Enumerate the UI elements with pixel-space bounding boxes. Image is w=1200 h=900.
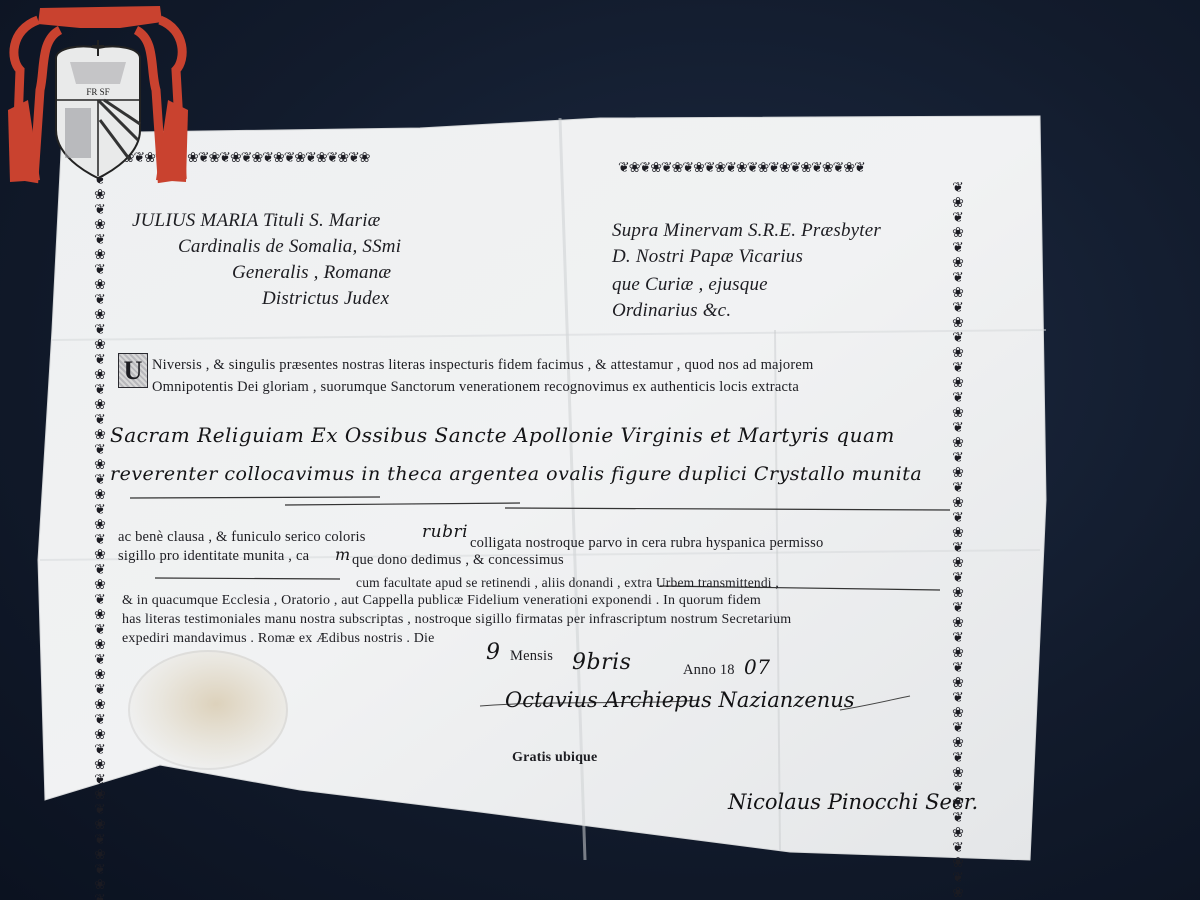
header-right-line-4: Ordinarius &c. xyxy=(612,300,731,322)
body-line-1: Niversis , & singulis præsentes nostras … xyxy=(152,357,814,374)
decorated-initial: U xyxy=(118,353,148,388)
body-line-8a: expediri mandavimus . Romæ ex Ædibus nos… xyxy=(122,631,435,647)
gratis-note: Gratis ubique xyxy=(512,750,597,766)
body-line-6: & in quacumque Ecclesia , Oratorio , aut… xyxy=(122,593,761,609)
header-left-line-4: Districtus Judex xyxy=(262,288,389,310)
body-line-7: has literas testimoniales manu nostra su… xyxy=(122,612,791,628)
body-line-4a: sigillo pro identitate munita , ca xyxy=(118,548,309,565)
header-left-line-2: Cardinalis de Somalia, SSmi xyxy=(178,236,401,258)
body-line-3a: ac benè clausa , & funiculo serico color… xyxy=(118,529,366,546)
header-right-line-3: que Curiæ , ejusque xyxy=(612,274,768,296)
body-line-8b: Mensis xyxy=(510,648,553,665)
body-line-8c: Anno 18 xyxy=(683,662,735,679)
embossed-seal-icon xyxy=(128,650,288,770)
ornamental-border-right: ❦❀❦❀❦❀❦❀❦❀❦❀❦❀❦❀❦❀❦❀❦❀❦❀❦❀❦❀❦❀❦❀❦❀❦❀❦❀❦❀… xyxy=(950,180,966,780)
handwritten-line-2: reverenter collocavimus in theca argente… xyxy=(110,463,922,485)
handwritten-line-1: Sacram Religuiam Ex Ossibus Sancte Apoll… xyxy=(110,423,895,447)
ornamental-border-top-right: ❦❀❦❀❦❀❦❀❦❀❦❀❦❀❦❀❦❀❦❀❦❀❦ xyxy=(618,160,865,176)
handwritten-year: 07 xyxy=(744,655,770,679)
archbishop-signature: Octavius Archiepus Nazianzenus xyxy=(505,688,855,712)
handwritten-cam-suffix: m xyxy=(335,545,351,564)
handwritten-month: 9bris xyxy=(572,650,631,675)
body-line-5: cum facultate apud se retinendi , aliis … xyxy=(356,575,779,591)
body-line-4b: que dono dedimus , & concessimus xyxy=(352,552,564,569)
handwritten-color: rubri xyxy=(422,522,468,542)
body-line-2: Omnipotentis Dei gloriam , suorumque San… xyxy=(152,379,799,396)
handwritten-day: 9 xyxy=(486,640,501,665)
header-left-line-1: JULIUS MARIA Tituli S. Mariæ xyxy=(132,210,381,232)
header-right-line-1: Supra Minervam S.R.E. Præsbyter xyxy=(612,220,881,242)
ornamental-border-left: ❦❀❦❀❦❀❦❀❦❀❦❀❦❀❦❀❦❀❦❀❦❀❦❀❦❀❦❀❦❀❦❀❦❀❦❀❦❀❦❀… xyxy=(92,172,108,732)
header-left-line-3: Generalis , Romanæ xyxy=(232,262,391,284)
header-right-line-2: D. Nostri Papæ Vicarius xyxy=(612,246,803,268)
crest-initials: FR SF xyxy=(86,87,109,97)
cardinal-coat-of-arms-icon: FR SF xyxy=(0,0,196,190)
body-line-3b: colligata nostroque parvo in cera rubra … xyxy=(470,535,823,552)
secretary-signature: Nicolaus Pinocchi Secr. xyxy=(728,790,978,814)
document-photo: ❦❀❦❀❦❀❦❀❦❀❦❀❦❀❦❀❦❀❦❀❦❀❦❀ ❦❀❦❀❦❀❦❀❦❀❦❀❦❀❦… xyxy=(0,0,1200,900)
